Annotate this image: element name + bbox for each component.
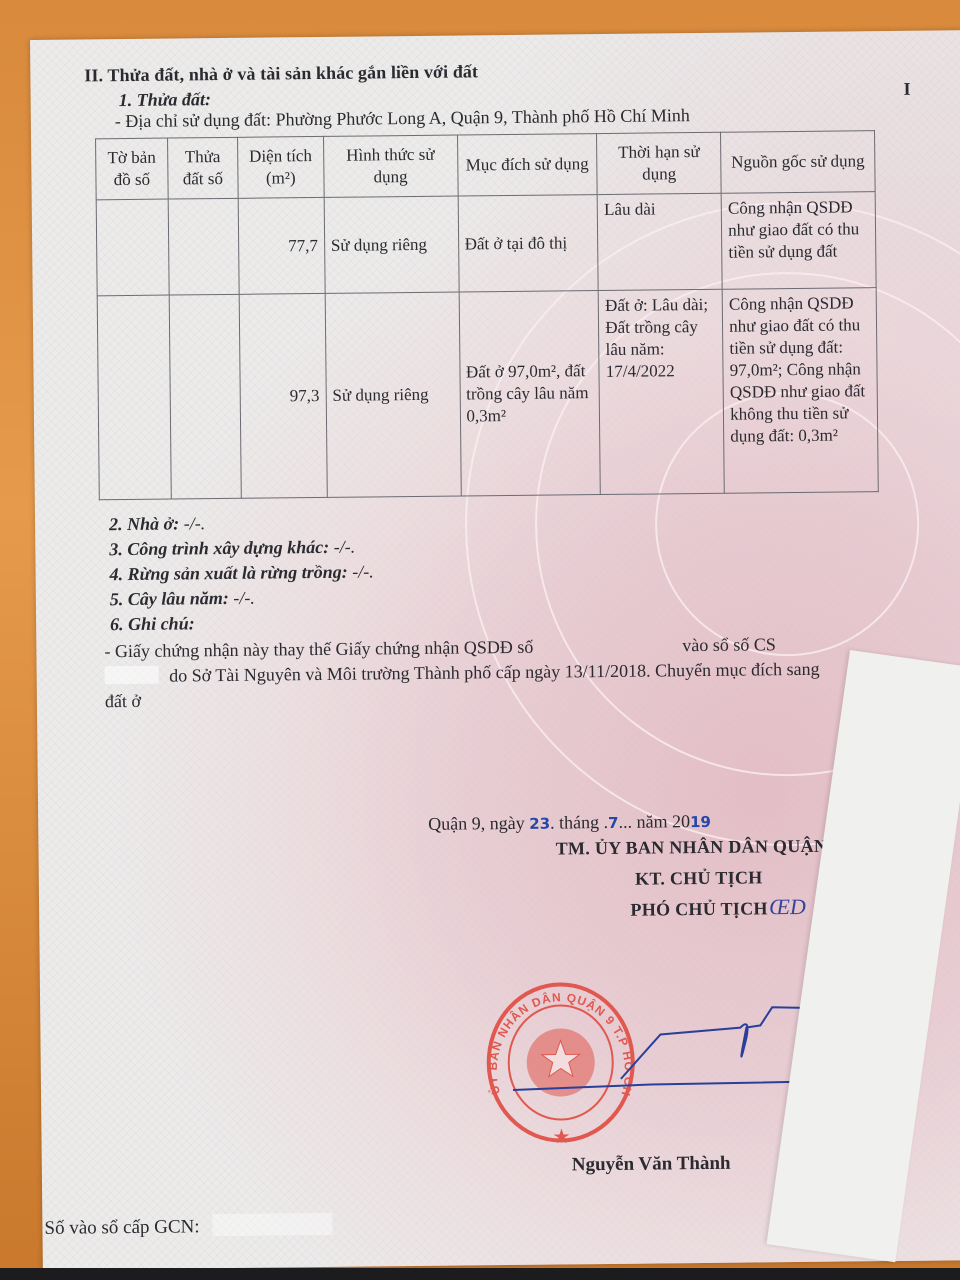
cell-purpose: Đất ở tại đô thị [458, 195, 599, 292]
cell-usage-form: Sử dụng riêng [325, 292, 461, 497]
registry-number: Số vào sổ cấp GCN: [44, 1213, 332, 1240]
col-header-origin: Nguồn gốc sử dụng [721, 131, 875, 194]
table-row: 77,7 Sử dụng riêng Đất ở tại đô thị Lâu … [96, 192, 876, 296]
cell-purpose: Đất ở 97,0m², đất trồng cây lâu năm 0,3m… [459, 291, 601, 496]
property-items: 2. Nhà ở: -/-. 3. Công trình xây dựng kh… [109, 504, 910, 637]
cell-parcel-no [169, 294, 241, 499]
redacted-certificate-number [538, 651, 678, 652]
redacted-registry-number [212, 1213, 332, 1236]
col-header-term: Thời hạn sử dụng [597, 132, 722, 194]
cell-term: Đất ở: Lâu dài; Đất trồng cây lâu năm: 1… [598, 289, 724, 494]
col-header-map-sheet: Tờ bản đồ số [96, 138, 169, 200]
redacted-book-number [105, 666, 159, 685]
cell-term: Lâu dài [597, 193, 722, 290]
cell-origin: Công nhận QSDĐ như giao đất có thu tiền … [721, 192, 876, 290]
cell-area: 77,7 [238, 197, 325, 294]
land-parcel-table: Tờ bản đồ số Thửa đất số Diện tích (m²) … [95, 130, 879, 500]
handwritten-year: 19 [690, 813, 711, 831]
address-value: Phường Phước Long A, Quận 9, Thành phố H… [275, 105, 689, 129]
col-header-usage-form: Hình thức sử dụng [323, 135, 457, 197]
col-header-area: Diện tích (m²) [237, 136, 324, 198]
handwritten-initials: ŒD [769, 894, 806, 920]
cell-area: 97,3 [239, 293, 327, 498]
table-row: 97,3 Sử dụng riêng Đất ở 97,0m², đất trồ… [97, 288, 878, 500]
address-label: - Địa chỉ sử dụng đất: [115, 109, 271, 131]
desk-edge [0, 1268, 960, 1280]
signer-name: Nguyễn Văn Thành [572, 1153, 731, 1177]
cell-usage-form: Sử dụng riêng [324, 196, 459, 293]
col-header-purpose: Mục đích sử dụng [457, 134, 597, 196]
corner-mark: I [903, 79, 910, 100]
handwritten-month: 7 [608, 814, 619, 832]
cell-map-sheet [97, 295, 171, 500]
section-title: II. Thửa đất, nhà ở và tài sản khác gắn … [84, 57, 904, 87]
handwritten-day: 23 [529, 815, 550, 833]
cell-map-sheet [96, 199, 169, 296]
col-header-parcel-no: Thửa đất số [167, 137, 238, 199]
notes-text: - Giấy chứng nhận này thay thế Giấy chứn… [104, 632, 845, 715]
table-header-row: Tờ bản đồ số Thửa đất số Diện tích (m²) … [96, 131, 876, 200]
cell-origin: Công nhận QSDĐ như giao đất có thu tiền … [722, 288, 878, 494]
cell-parcel-no [168, 198, 239, 295]
